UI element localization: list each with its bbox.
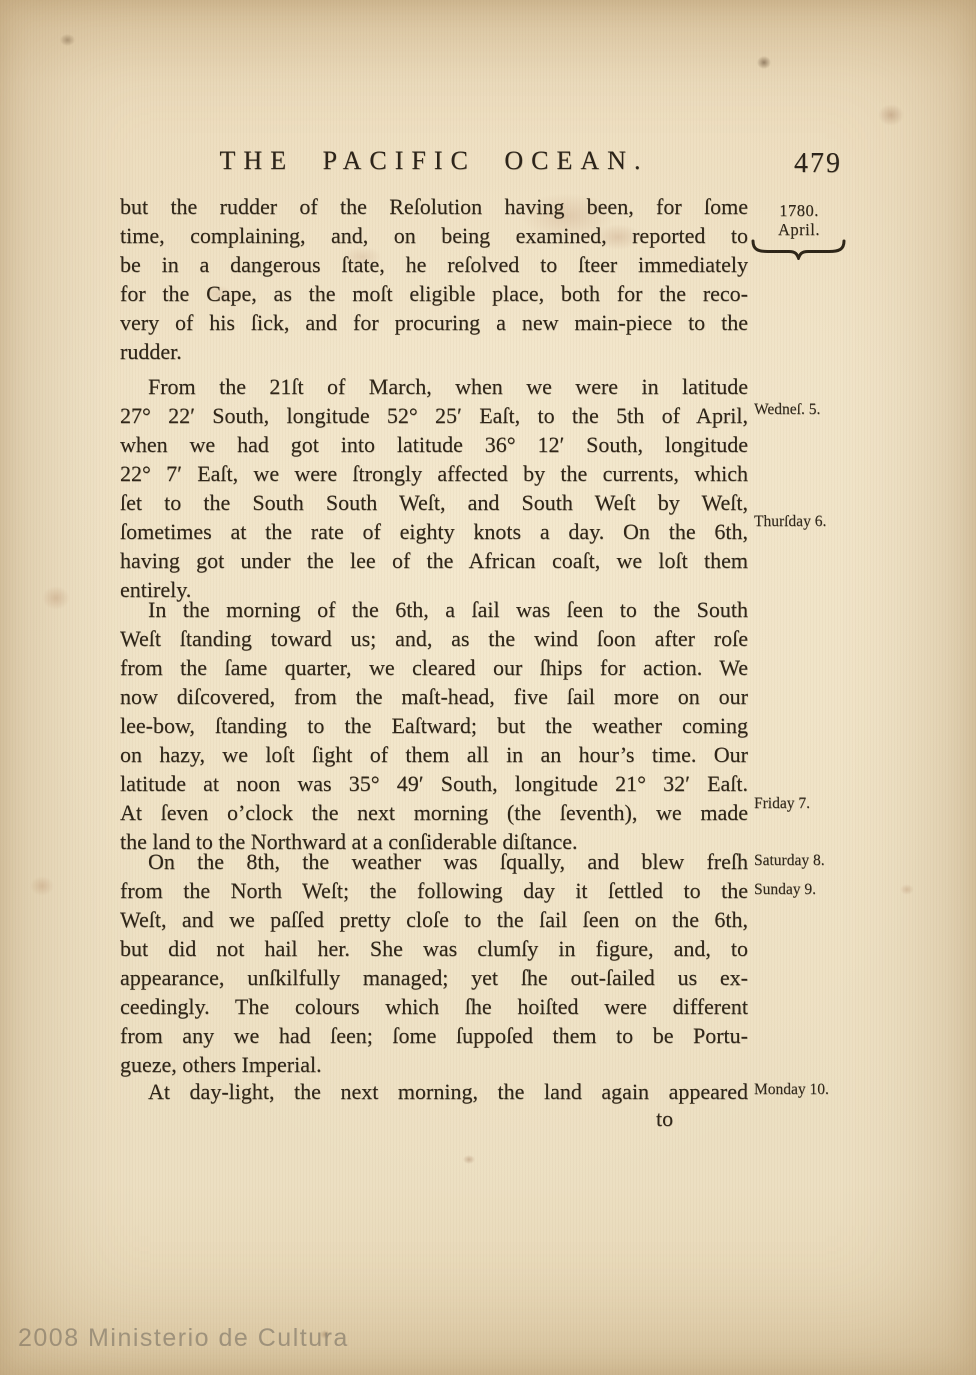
text-line: On the 8th, the weather was ſqually, and… [120,847,748,876]
text-line: rudder. [120,337,748,366]
paragraph: On the 8th, the weather was ſqually, and… [120,847,748,1079]
text-line: Weſt ſtanding toward us; and, as the win… [120,624,748,653]
text-line: now diſcovered, from the maſt-head, five… [120,682,748,711]
stain [42,586,70,610]
paragraph: In the morning of the 6th, a ſail was ſe… [120,595,748,856]
text-line: From the 21ſt of March, when we were in … [120,372,748,401]
text-line: from the North Weſt; the following day i… [120,876,748,905]
text-line: ſometimes at the rate of eighty knots a … [120,517,748,546]
text-line: when we had got into latitude 36° 12′ So… [120,430,748,459]
text-line: lee-bow, ſtanding to the Eaſtward; but t… [120,711,748,740]
text-line: gueze, others Imperial. [120,1050,748,1079]
text-line: latitude at noon was 35° 49′ South, long… [120,769,748,798]
margin-day-note: Friday 7. [754,795,810,813]
text-line: from any we had ſeen; ſome ſuppoſed them… [120,1021,748,1050]
paragraph: At day-light, the next morning, the land… [120,1077,748,1106]
text-line: ceedingly. The colours which ſhe hoiſted… [120,992,748,1021]
text-line: on hazy, we loſt ſight of them all in an… [120,740,748,769]
watermark: 2008 Ministerio de Cultura [18,1324,349,1353]
text-line: ſet to the South South Weſt, and South W… [120,488,748,517]
stain [757,56,771,69]
paragraph: but the rudder of the Reſolution having … [120,192,748,366]
stain [30,876,54,896]
stain [878,104,904,126]
text-line: time, complaining, and, on being examine… [120,221,748,250]
stain [60,34,75,46]
margin-date-block: 1780. April. [752,201,846,239]
page-number: 479 [794,148,842,180]
margin-day-note: Sunday 9. [754,881,816,899]
text-line: 27° 22′ South, longitude 52° 25′ Eaſt, t… [120,401,748,430]
catchword: to [656,1106,673,1132]
margin-day-note: Thurſday 6. [754,513,826,531]
book-page: THE PACIFIC OCEAN. 479 1780. April. but … [0,0,976,1375]
text-line: from the ſame quarter, we cleared our ſh… [120,653,748,682]
text-line: very of his ſick, and for procuring a ne… [120,308,748,337]
text-body: but the rudder of the Reſolution having … [120,0,748,1375]
date-brace-icon [750,238,847,260]
margin-month: April. [752,220,846,239]
text-line: but did not hail her. She was clumſy in … [120,934,748,963]
text-line: 22° 7′ Eaſt, we were ſtrongly affected b… [120,459,748,488]
text-line: appearance, unſkilfully managed; yet ſhe… [120,963,748,992]
text-line: but the rudder of the Reſolution having … [120,192,748,221]
stain [900,884,914,895]
margin-day-note: Saturday 8. [754,852,825,870]
text-line: In the morning of the 6th, a ſail was ſe… [120,595,748,624]
text-line: At ſeven o’clock the next morning (the ſ… [120,798,748,827]
paragraph: From the 21ſt of March, when we were in … [120,372,748,604]
margin-day-note: Monday 10. [754,1081,829,1099]
text-line: having got under the lee of the African … [120,546,748,575]
text-line: be in a dangerous ſtate, he reſolved to … [120,250,748,279]
text-line: Weſt, and we paſſed pretty cloſe to the … [120,905,748,934]
margin-day-note: Wedneſ. 5. [754,401,820,419]
text-line: for the Cape, as the moſt eligible place… [120,279,748,308]
margin-year: 1780. [752,201,846,220]
text-line: At day-light, the next morning, the land… [120,1077,748,1106]
